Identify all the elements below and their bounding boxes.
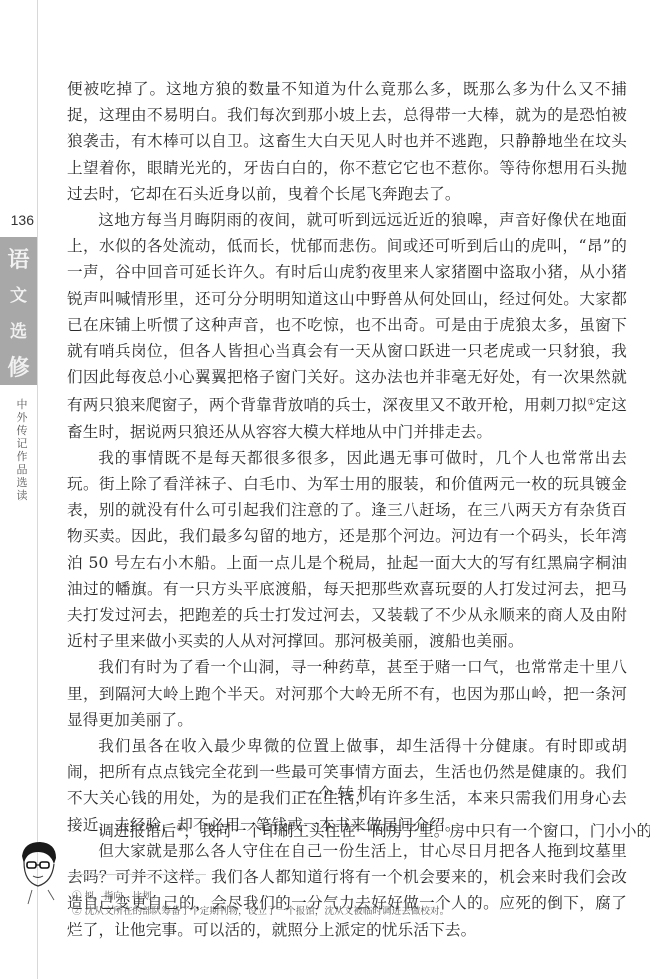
margin-rule [37, 0, 38, 979]
paragraph-text: 这地方每当月晦阴雨的夜间，就可听到远远近近的狼嗥，声音好像伏在地面上，水似的各处… [67, 211, 627, 414]
footnote-ref-1[interactable]: ① [587, 398, 595, 408]
paragraph: 这地方每当月晦阴雨的夜间，就可听到远远近近的狼嗥，声音好像伏在地面上，水似的各处… [67, 207, 627, 445]
footnote-divider [70, 874, 206, 875]
footnotes: ① 拟，指向，比划。 ② 沈从文所在的部队筹备了个定期刊物，设立了一个报馆，沈从… [72, 889, 612, 919]
paragraph: 便被吃掉了。这地方狼的数量不知道为什么竟那么多，既那么多为什么又不捕捉，这理由不… [67, 76, 627, 207]
paragraph-text: ，我同一个印刷工头住在一间房子里。房中只有一个窗口，门小小的。 [184, 822, 650, 840]
body-text: 便被吃掉了。这地方狼的数量不知道为什么竟那么多，既那么多为什么又不捕捉，这理由不… [67, 76, 627, 943]
author-portrait-icon [12, 838, 62, 918]
series-title-vertical: 中外传记作品选读 [14, 398, 30, 502]
band-char-xuan: 选 [0, 317, 37, 342]
band-char-yu: 语 [0, 243, 37, 274]
series-band: 语 文 选 修 [0, 237, 37, 385]
paragraph: 我的事情既不是每天都很多很多，因此遇无事可做时，几个人也常常出去玩。街上除了看洋… [67, 445, 627, 655]
footnote-1: ① 拟，指向，比划。 [72, 889, 612, 904]
paragraph: 我们有时为了看一个山洞，寻一种药草，甚至于赌一口气，也常常走十里八里，到隔河大岭… [67, 654, 627, 733]
paragraph: 调进报馆后②，我同一个印刷工头住在一间房子里。房中只有一个窗口，门小小的。 [67, 816, 627, 844]
page-number: 136 [8, 212, 34, 228]
footnote-2: ② 沈从文所在的部队筹备了个定期刊物，设立了一个报馆，沈从文被临时调进去做校对。 [72, 904, 612, 919]
paragraph-text: 调进报馆后 [98, 822, 176, 840]
band-char-wen: 文 [0, 281, 37, 306]
section-heading: 一个转机 [67, 780, 607, 805]
band-char-xiu: 修 [0, 351, 37, 382]
